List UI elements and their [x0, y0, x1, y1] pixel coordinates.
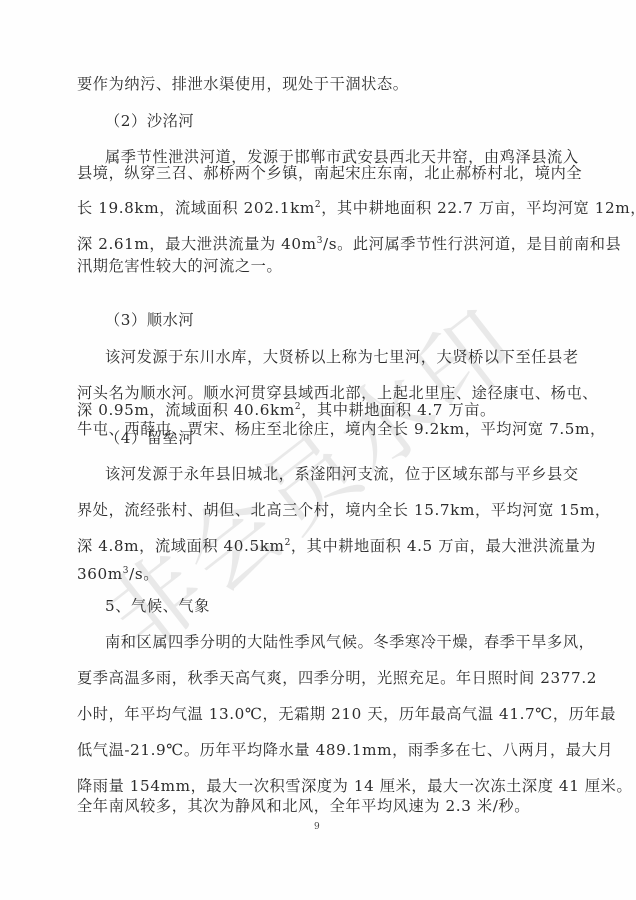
paragraph-line: 南和区属四季分明的大陆性季风气候。冬季寒冷干燥，春季干旱多风，	[105, 632, 561, 652]
section-heading-shunshui-river: （3）顺水河	[105, 310, 589, 330]
page-number: 9	[314, 822, 320, 832]
paragraph-line: 汛期危害性较大的河流之一。	[77, 256, 561, 276]
paragraph-line: 县境，纵穿三召、郝桥两个乡镇，南起宋庄东南，北止郝桥村北，境内全	[77, 163, 561, 183]
paragraph-line: 界处，流经张村、胡但、北高三个村，境内全长 15.7km，平均河宽 15m，	[77, 500, 561, 520]
paragraph-line: 360m3/s。	[77, 564, 561, 584]
section-heading-shaming-river: （2）沙洺河	[105, 111, 589, 131]
paragraph-line: 小时，年平均气温 13.0℃，无霜期 210 天，历年最高气温 41.7℃，历年…	[77, 704, 561, 724]
paragraph-line: 该河发源于永年县旧城北，系滏阳河支流，位于区域东部与平乡县交	[105, 464, 561, 484]
paragraph-line: 低气温-21.9℃。历年平均降水量 489.1mm，雨季多在七、八两月，最大月	[77, 740, 561, 760]
paragraph-line: 深 2.61m，最大泄洪流量为 40m3/s。此河属季节性行洪河道，是目前南和县	[77, 234, 561, 254]
paragraph-line: 要作为纳污、排泄水渠使用，现处于干涸状态。	[77, 74, 561, 94]
paragraph-line: 深 4.8m，流域面积 40.5km2，其中耕地面积 4.5 万亩，最大泄洪流量…	[77, 536, 561, 556]
document-page: 非会员水印 要作为纳污、排泄水渠使用，现处于干涸状态。 （2）沙洺河 属季节性泄…	[0, 0, 636, 900]
paragraph-line: 深 0.95m，流域面积 40.6km2，其中耕地面积 4.7 万亩。	[77, 400, 561, 420]
paragraph-line: 长 19.8km，流域面积 202.1km2，其中耕地面积 22.7 万亩，平均…	[77, 198, 561, 218]
section-heading-liulei-river: （4）留垒河	[105, 428, 589, 448]
paragraph-line: 降雨量 154mm，最大一次积雪深度为 14 厘米，最大一次冻土深度 41 厘米…	[77, 776, 561, 796]
paragraph-line: 全年南风较多，其次为静风和北风，全年平均风速为 2.3 米/秒。	[77, 796, 561, 816]
paragraph-line: 该河发源于东川水库，大贤桥以上称为七里河，大贤桥以下至任县老	[105, 347, 561, 367]
section-heading-climate: 5、气候、气象	[105, 596, 589, 616]
paragraph-line: 夏季高温多雨，秋季天高气爽，四季分明，光照充足。年日照时间 2377.2	[77, 668, 561, 688]
